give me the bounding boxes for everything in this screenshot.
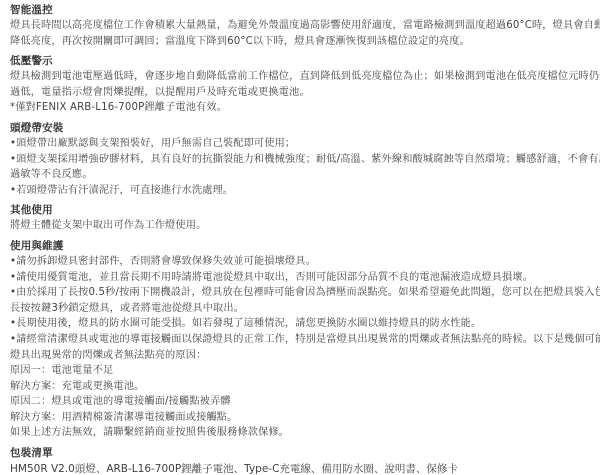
paragraph-line: 燈具長時間以高亮度檔位工作會積累大量熱量，為避免外殼溫度過高影響使用舒適度，當電… xyxy=(10,18,590,34)
section-heading: 其他使用 xyxy=(10,202,590,218)
paragraph-line: 燈具檢測到電池電壓過低時，會逐步地自動降低當前工作檔位，直到降低到低亮度檔位為止… xyxy=(10,69,590,85)
bullet-line-continued: 過敏等不良反應。 xyxy=(10,167,590,183)
bullet-line: •請使用優質電池，並且當長期不用時請將電池從燈具中取出，否則可能因部分品質不良的… xyxy=(10,270,590,286)
bullet-line: •頭燈支架採用增強矽膠材料，具有良好的抗撕裂能力和機械強度；耐低/高溫、紫外線和… xyxy=(10,152,590,168)
bullet-line: •長期使用後，燈具的防水圈可能受損。如若發現了這種情況，請您更換防水圈以維持燈具… xyxy=(10,316,590,332)
bullet-line: •由於採用了長按0.5秒/按兩下開機設計，燈具放在包裡時可能會因為擠壓而誤點亮。… xyxy=(10,285,590,301)
section-other-use: 其他使用 將燈主體從支架中取出可作為工作燈使用。 xyxy=(10,202,590,234)
product-description-document: 智能溫控 燈具長時間以高亮度檔位工作會積累大量熱量，為避免外殼溫度過高影響使用舒… xyxy=(0,0,600,475)
section-smart-temp-control: 智能溫控 燈具長時間以高亮度檔位工作會積累大量熱量，為避免外殼溫度過高影響使用舒… xyxy=(10,2,590,49)
solution-line: 解決方案：用酒精棉簽清潔導電接觸面或接觸點。 xyxy=(10,410,590,426)
solution-line: 解決方案：充電或更換電池。 xyxy=(10,379,590,395)
section-use-maintenance: 使用與維護 •請勿拆卸燈具密封部件，否則將會導致保修失效並可能損壞燈具。 •請使… xyxy=(10,238,590,441)
section-heading: 使用與維護 xyxy=(10,238,590,254)
section-low-voltage-warning: 低壓警示 燈具檢測到電池電壓過低時，會逐步地自動降低當前工作檔位，直到降低到低亮… xyxy=(10,53,590,116)
section-heading: 頭燈帶安裝 xyxy=(10,120,590,136)
section-heading: 智能溫控 xyxy=(10,2,590,18)
bullet-line-continued: 長按按鍵3秒鎖定燈具，或者將電池從燈具中取出。 xyxy=(10,301,590,317)
section-heading: 低壓警示 xyxy=(10,53,590,69)
bullet-line: •頭燈帶出廠默認與支架預裝好，用戶無需自己裝配即可使用； xyxy=(10,136,590,152)
cause-line: 原因二：燈具或電池的導電接觸面/接觸點被弄髒 xyxy=(10,394,590,410)
paragraph-line: 將燈主體從支架中取出可作為工作燈使用。 xyxy=(10,218,590,234)
section-headband-install: 頭燈帶安裝 •頭燈帶出廠默認與支架預裝好，用戶無需自己裝配即可使用； •頭燈支架… xyxy=(10,120,590,198)
paragraph-line: 降低亮度，再次按開關即可調回；當溫度下降到60°C以下時，燈具會逐漸恢復到該檔位… xyxy=(10,34,590,50)
bullet-line-continued: 燈具出現異常的閃爍或者無法點亮的原因： xyxy=(10,348,590,364)
paragraph-line: 過低，電量指示燈會閃爍提醒，以提醒用戶及時充電或更換電池。 xyxy=(10,85,590,101)
paragraph-line: 如果上述方法無效，請聯繫經銷商並按照售後服務條款保修。 xyxy=(10,425,590,441)
section-packing-list: 包裝清單 HM50R V2.0頭燈、ARB-L16-700P鋰離子電池、Type… xyxy=(10,445,590,475)
cause-line: 原因一：電池電量不足 xyxy=(10,363,590,379)
bullet-line: •若頭燈帶沾有汗漬泥汙，可直接進行水洗處理。 xyxy=(10,183,590,199)
packing-list-items: HM50R V2.0頭燈、ARB-L16-700P鋰離子電池、Type-C充電線… xyxy=(10,461,590,475)
bullet-line: •請經常清潔燈具或電池的導電接觸面以保證燈具的正常工作，特別是當燈具出現異常的閃… xyxy=(10,332,590,348)
bullet-line: •請勿拆卸燈具密封部件，否則將會導致保修失效並可能損壞燈具。 xyxy=(10,254,590,270)
footnote-line: *僅對FENIX ARB-L16-700P鋰離子電池有效。 xyxy=(10,100,590,116)
section-heading: 包裝清單 xyxy=(10,445,590,461)
